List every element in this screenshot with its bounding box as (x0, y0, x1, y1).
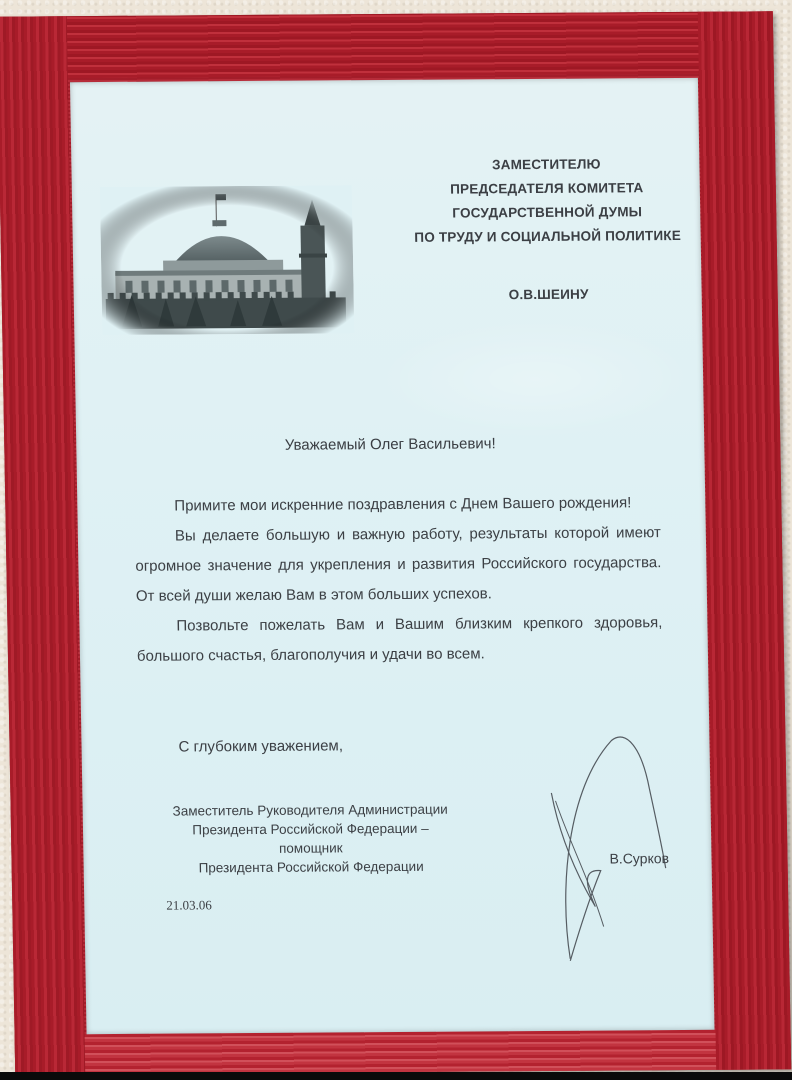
addressee-line: ГОСУДАРСТВЕННОЙ ДУМЫ (402, 200, 692, 226)
frame-bottom-rail (15, 1029, 792, 1074)
handwritten-signature (536, 728, 710, 969)
signer-title: Заместитель Руководителя Администрации П… (133, 799, 489, 877)
signer-title-line: Президента Российской Федерации (134, 856, 489, 877)
signer-title-line: Президента Российской Федерации – (133, 818, 488, 839)
letter-date: 21.03.06 (166, 897, 212, 913)
letter-body: Примите мои искренние поздравления с Дне… (134, 488, 663, 672)
kremlin-senate-image (100, 185, 355, 335)
addressee-line: ПРЕДСЕДАТЕЛЯ КОМИТЕТА (402, 176, 692, 202)
addressee-block: ЗАМЕСТИТЕЛЮ ПРЕДСЕДАТЕЛЯ КОМИТЕТА ГОСУДА… (401, 152, 694, 308)
addressee-name: О.В.ШЕИНУ (403, 282, 693, 308)
addressee-line: ЗАМЕСТИТЕЛЮ (401, 152, 691, 178)
paragraph: Примите мои искренние поздравления с Дне… (134, 488, 660, 522)
picture-frame: ЗАМЕСТИТЕЛЮ ПРЕДСЕДАТЕЛЯ КОМИТЕТА ГОСУДА… (0, 11, 791, 1074)
photo-bottom-edge (0, 1072, 792, 1080)
signer-title-line: Заместитель Руководителя Администрации (133, 799, 488, 820)
letter-paper: ЗАМЕСТИТЕЛЮ ПРЕДСЕДАТЕЛЯ КОМИТЕТА ГОСУДА… (70, 78, 715, 1034)
glass-glare (374, 318, 696, 440)
signer-name: В.Сурков (609, 850, 669, 866)
paragraph: Позвольте пожелать Вам и Вашим близким к… (136, 608, 663, 672)
paragraph: Вы делаете большую и важную работу, резу… (135, 518, 663, 612)
signer-title-line: помощник (133, 837, 488, 858)
addressee-line: ПО ТРУДУ И СОЦИАЛЬНОЙ ПОЛИТИКЕ (402, 224, 692, 250)
salutation: Уважаемый Олег Васильевич! (76, 434, 704, 455)
closing-phrase: С глубоким уважением, (178, 737, 343, 755)
frame-top-rail (0, 11, 774, 78)
